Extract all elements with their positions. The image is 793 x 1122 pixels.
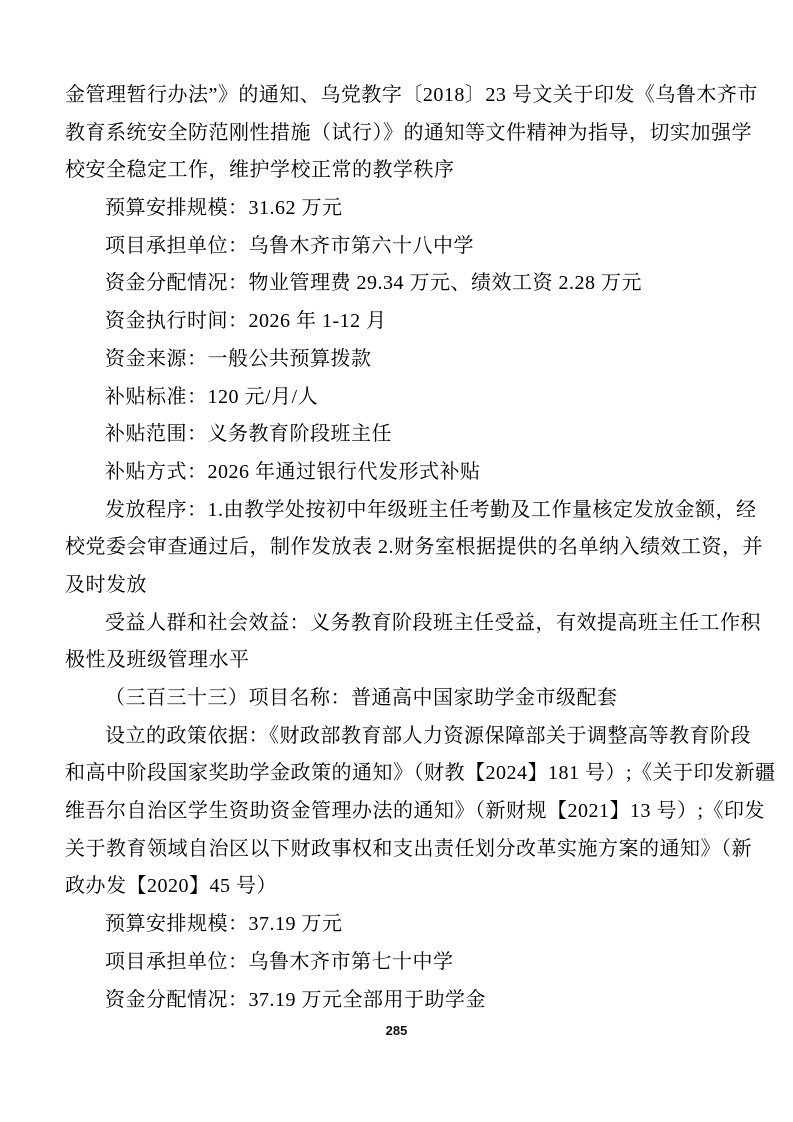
text-line: 和高中阶段国家奖助学金政策的通知》（财教【2024】181 号）;《关于印发新疆 [65, 755, 731, 793]
text-line: 补贴范围：义务教育阶段班主任 [65, 416, 731, 454]
text-line: 政办发【2020】45 号） [65, 868, 731, 906]
text-line: 及时发放 [65, 567, 731, 605]
text-line: 关于教育领域自治区以下财政事权和支出责任划分改革实施方案的通知》（新 [65, 831, 731, 869]
document-page: 金管理暂行办法”》的通知、乌党教字〔2018〕23 号文关于印发《乌鲁木齐市 教… [0, 0, 793, 1122]
text-line: 维吾尔自治区学生资助资金管理办法的通知》（新财规【2021】13 号）;《印发 [65, 793, 731, 831]
text-line: 补贴标准：120 元/月/人 [65, 379, 731, 417]
text-line: 资金执行时间：2026 年 1-12 月 [65, 303, 731, 341]
text-line: 教育系统安全防范刚性措施（试行）》的通知等文件精神为指导，切实加强学 [65, 115, 731, 153]
text-line: 校党委会审查通过后，制作发放表 2.财务室根据提供的名单纳入绩效工资，并 [65, 529, 731, 567]
text-line: 发放程序：1.由教学处按初中年级班主任考勤及工作量核定发放金额，经 [65, 492, 731, 530]
text-line: 项目承担单位：乌鲁木齐市第六十八中学 [65, 228, 731, 266]
text-line: 极性及班级管理水平 [65, 642, 731, 680]
text-line: 受益人群和社会效益：义务教育阶段班主任受益，有效提高班主任工作积 [65, 605, 731, 643]
page-footer: 285 [0, 1022, 793, 1040]
text-line: 校安全稳定工作，维护学校正常的教学秩序 [65, 152, 731, 190]
text-line: 资金来源：一般公共预算拨款 [65, 341, 731, 379]
text-line: 补贴方式：2026 年通过银行代发形式补贴 [65, 454, 731, 492]
text-line: 资金分配情况：物业管理费 29.34 万元、绩效工资 2.28 万元 [65, 265, 731, 303]
text-line: （三百三十三）项目名称：普通高中国家助学金市级配套 [65, 680, 731, 718]
text-line: 预算安排规模：37.19 万元 [65, 906, 731, 944]
page-number: 285 [386, 1023, 408, 1038]
text-line: 项目承担单位：乌鲁木齐市第七十中学 [65, 944, 731, 982]
document-body: 金管理暂行办法”》的通知、乌党教字〔2018〕23 号文关于印发《乌鲁木齐市 教… [65, 77, 731, 1019]
text-line: 金管理暂行办法”》的通知、乌党教字〔2018〕23 号文关于印发《乌鲁木齐市 [65, 77, 731, 115]
text-line: 预算安排规模：31.62 万元 [65, 190, 731, 228]
text-line: 资金分配情况：37.19 万元全部用于助学金 [65, 982, 731, 1020]
text-line: 设立的政策依据：《财政部教育部人力资源保障部关于调整高等教育阶段 [65, 718, 731, 756]
